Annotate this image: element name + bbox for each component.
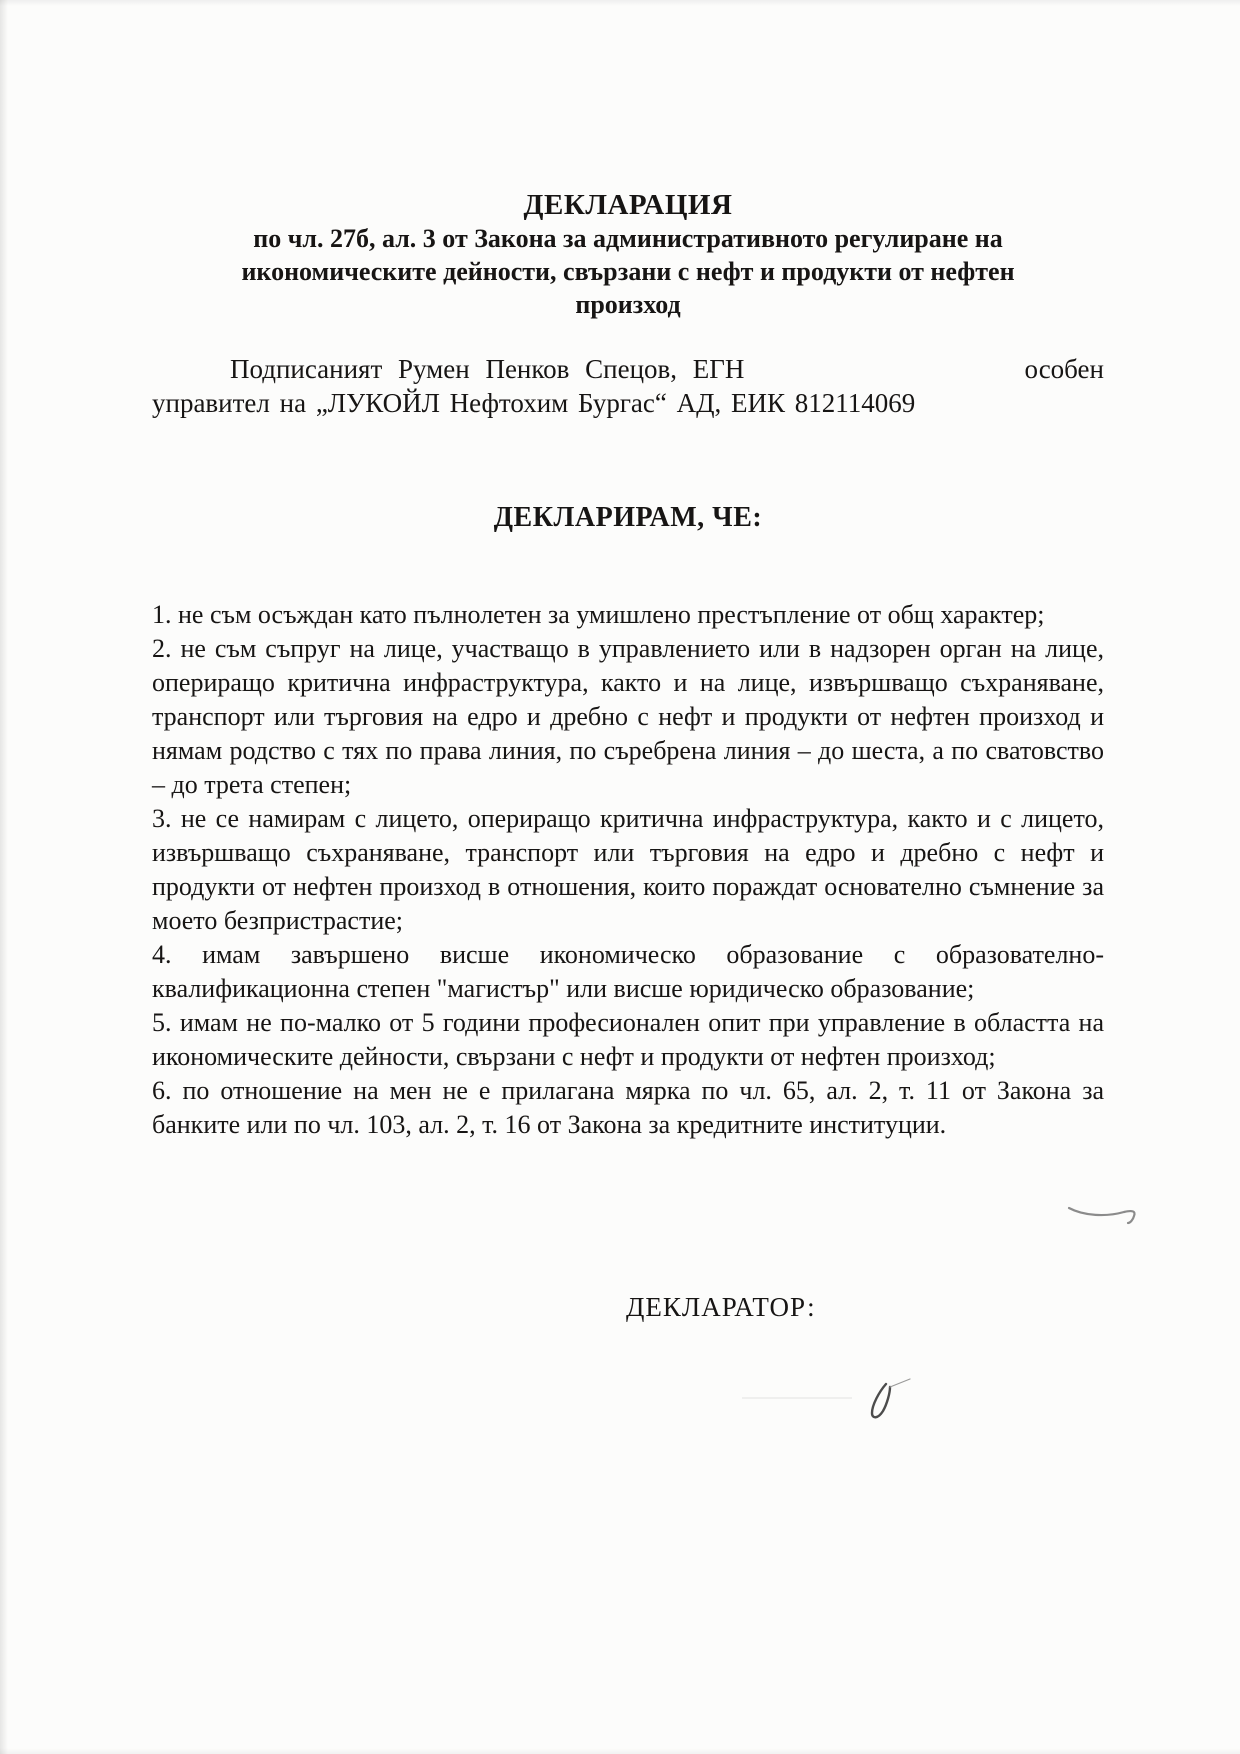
scanned-document-page: ДЕКЛАРАЦИЯ по чл. 27б, ал. 3 от Закона з… — [0, 0, 1240, 1754]
declaration-items: 1. не съм осъждан като пълнолетен за уми… — [152, 598, 1104, 1142]
declaration-item-4: 4. имам завършено висше икономическо обр… — [152, 938, 1104, 1006]
item-number: 3. — [152, 804, 172, 833]
document-subtitle-line: по чл. 27б, ал. 3 от Закона за администр… — [152, 222, 1104, 255]
item-text: по отношение на мен не е прилагана мярка… — [152, 1076, 1104, 1139]
item-number: 6. — [152, 1076, 172, 1105]
declaration-item-6: 6. по отношение на мен не е прилагана мя… — [152, 1074, 1104, 1142]
scan-edge-shadow-left — [0, 0, 8, 1754]
intro-paragraph: Подписаният Румен Пенков Спецов, ЕГН осо… — [152, 352, 1104, 420]
declaration-item-5: 5. имам не по-малко от 5 години професио… — [152, 1006, 1104, 1074]
document-header: ДЕКЛАРАЦИЯ по чл. 27б, ал. 3 от Закона з… — [152, 188, 1104, 321]
intro-declarant-and-egn: Подписаният Румен Пенков Спецов, ЕГН — [230, 352, 744, 386]
declarator-label: ДЕКЛАРАТОР: — [626, 1292, 816, 1323]
item-number: 5. — [152, 1008, 172, 1037]
handwritten-signature-mark — [852, 1376, 916, 1426]
item-text: не съм осъждан като пълнолетен за умишле… — [178, 600, 1044, 629]
item-text: не се намирам с лицето, опериращо критич… — [152, 804, 1104, 935]
declaration-item-2: 2. не съм съпруг на лице, участващо в уп… — [152, 632, 1104, 802]
scan-fold-line — [742, 1397, 852, 1399]
item-number: 2. — [152, 634, 172, 663]
item-text: имам не по-малко от 5 години професионал… — [152, 1008, 1104, 1071]
declaration-item-1: 1. не съм осъждан като пълнолетен за уми… — [152, 598, 1104, 632]
item-number: 1. — [152, 600, 172, 629]
intro-line1-trailing-word: особен — [1025, 352, 1104, 386]
handwritten-dash-stroke — [1066, 1196, 1146, 1230]
scan-edge-shadow-top — [0, 0, 1240, 6]
intro-line-2: управител на „ЛУКОЙЛ Нефтохим Бургас“ АД… — [152, 386, 1104, 420]
declaration-heading: ДЕКЛАРИРАМ, ЧЕ: — [152, 502, 1104, 534]
document-subtitle-line: икономическите дейности, свързани с нефт… — [152, 255, 1104, 288]
item-text: не съм съпруг на лице, участващо в управ… — [152, 634, 1104, 799]
item-text: имам завършено висше икономическо образо… — [152, 940, 1104, 1003]
scan-edge-shadow-bottom — [0, 1748, 1240, 1754]
document-title: ДЕКЛАРАЦИЯ — [152, 188, 1104, 222]
item-number: 4. — [152, 940, 172, 969]
declaration-item-3: 3. не се намирам с лицето, опериращо кри… — [152, 802, 1104, 938]
document-subtitle-line: произход — [152, 288, 1104, 321]
intro-line-1: Подписаният Румен Пенков Спецов, ЕГН осо… — [152, 352, 1104, 386]
